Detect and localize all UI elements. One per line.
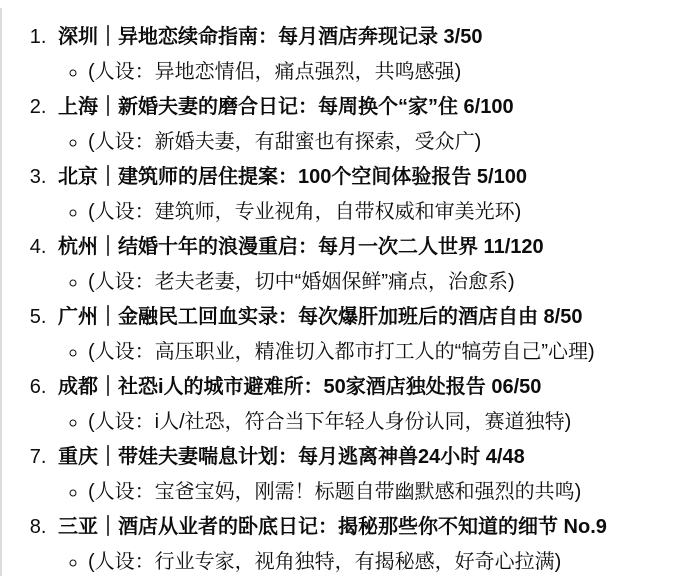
idea-item-8: 三亚｜酒店从业者的卧底日记：揭秘那些你不知道的细节 No.9 (人设：行业专家，… (52, 510, 691, 576)
idea-note: (人设：行业专家，视角独特，有揭秘感，好奇心拉满) (88, 545, 691, 576)
idea-sublist: (人设：异地恋情侣，痛点强烈，共鸣感强) (58, 55, 691, 90)
idea-title: 深圳｜异地恋续命指南：每月酒店奔现记录 3/50 (58, 26, 482, 48)
idea-sublist: (人设：i人/社恐，符合当下年轻人身份认同，赛道独特) (58, 405, 691, 440)
idea-note: (人设：i人/社恐，符合当下年轻人身份认同，赛道独特) (88, 405, 691, 440)
idea-item-5: 广州｜金融民工回血实录：每次爆肝加班后的酒店自由 8/50 (人设：高压职业，精… (52, 300, 691, 370)
idea-sublist: (人设：老夫老妻，切中“婚姻保鲜”痛点，治愈系) (58, 265, 691, 300)
idea-sublist: (人设：高压职业，精准切入都市打工人的“犒劳自己”心理) (58, 335, 691, 370)
idea-title: 杭州｜结婚十年的浪漫重启：每月一次二人世界 11/120 (58, 236, 544, 258)
idea-note: (人设：老夫老妻，切中“婚姻保鲜”痛点，治愈系) (88, 265, 691, 300)
idea-note: (人设：宝爸宝妈，刚需！标题自带幽默感和强烈的共鸣) (88, 475, 691, 510)
idea-title: 重庆｜带娃夫妻喘息计划：每月逃离神兽24小时 4/48 (58, 446, 525, 468)
idea-item-3: 北京｜建筑师的居住提案：100个空间体验报告 5/100 (人设：建筑师，专业视… (52, 160, 691, 230)
idea-title: 上海｜新婚夫妻的磨合日记：每周换个“家”住 6/100 (58, 96, 514, 118)
idea-title: 三亚｜酒店从业者的卧底日记：揭秘那些你不知道的细节 No.9 (58, 516, 607, 538)
idea-note: (人设：高压职业，精准切入都市打工人的“犒劳自己”心理) (88, 335, 691, 370)
idea-item-4: 杭州｜结婚十年的浪漫重启：每月一次二人世界 11/120 (人设：老夫老妻，切中… (52, 230, 691, 300)
idea-note: (人设：新婚夫妻，有甜蜜也有探索，受众广) (88, 125, 691, 160)
idea-sublist: (人设：新婚夫妻，有甜蜜也有探索，受众广) (58, 125, 691, 160)
idea-sublist: (人设：行业专家，视角独特，有揭秘感，好奇心拉满) (58, 545, 691, 576)
idea-item-1: 深圳｜异地恋续命指南：每月酒店奔现记录 3/50 (人设：异地恋情侣，痛点强烈，… (52, 20, 691, 90)
idea-note: (人设：建筑师，专业视角，自带权威和审美光环) (88, 195, 691, 230)
left-border (0, 8, 2, 576)
idea-title: 成都｜社恐i人的城市避难所：50家酒店独处报告 06/50 (58, 376, 541, 398)
idea-sublist: (人设：建筑师，专业视角，自带权威和审美光环) (58, 195, 691, 230)
idea-list: 深圳｜异地恋续命指南：每月酒店奔现记录 3/50 (人设：异地恋情侣，痛点强烈，… (0, 0, 699, 576)
idea-title: 广州｜金融民工回血实录：每次爆肝加班后的酒店自由 8/50 (58, 306, 582, 328)
idea-item-7: 重庆｜带娃夫妻喘息计划：每月逃离神兽24小时 4/48 (人设：宝爸宝妈，刚需！… (52, 440, 691, 510)
idea-title: 北京｜建筑师的居住提案：100个空间体验报告 5/100 (58, 166, 527, 188)
idea-item-2: 上海｜新婚夫妻的磨合日记：每周换个“家”住 6/100 (人设：新婚夫妻，有甜蜜… (52, 90, 691, 160)
idea-sublist: (人设：宝爸宝妈，刚需！标题自带幽默感和强烈的共鸣) (58, 475, 691, 510)
idea-item-6: 成都｜社恐i人的城市避难所：50家酒店独处报告 06/50 (人设：i人/社恐，… (52, 370, 691, 440)
idea-note: (人设：异地恋情侣，痛点强烈，共鸣感强) (88, 55, 691, 90)
